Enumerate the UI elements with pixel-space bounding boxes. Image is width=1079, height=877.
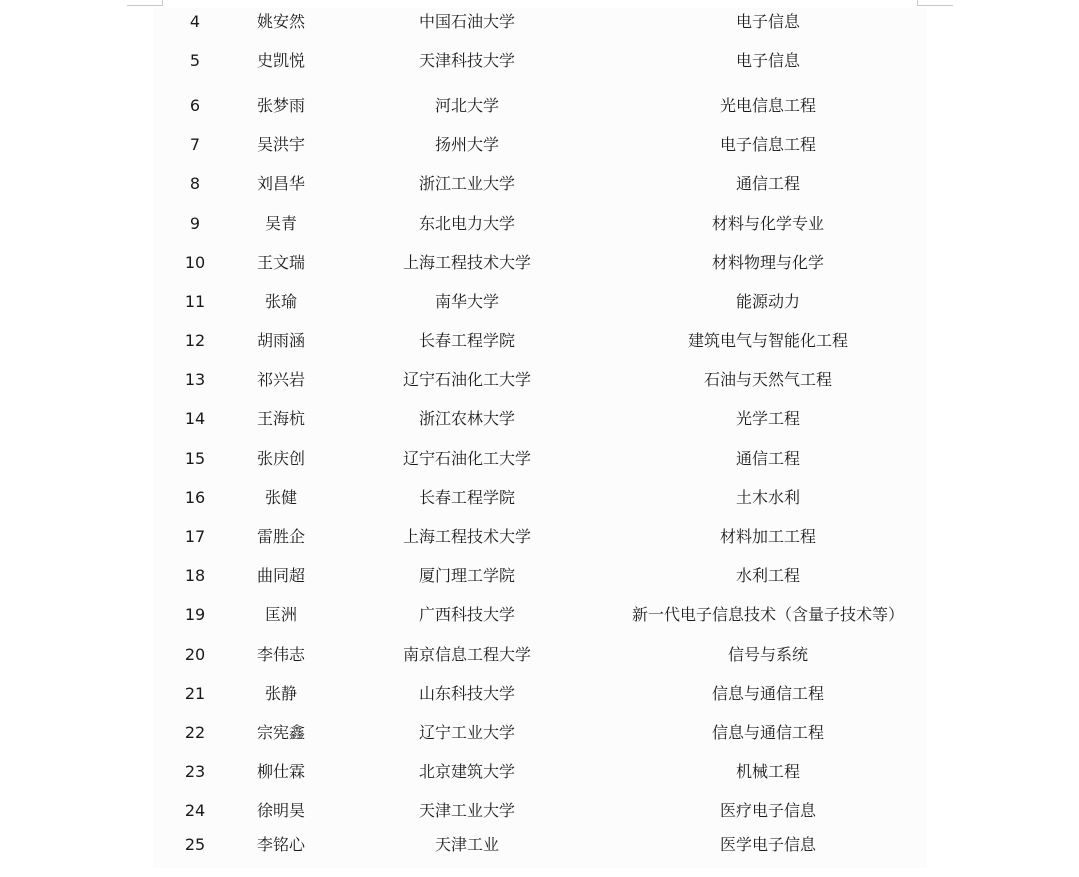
table-row: 9吴青东北电力大学材料与化学专业 <box>153 212 927 236</box>
row-number: 25 <box>165 833 225 857</box>
major-name: 医学电子信息 <box>593 833 943 857</box>
university-name: 山东科技大学 <box>367 682 567 706</box>
row-number: 20 <box>165 643 225 667</box>
major-name: 电子信息 <box>593 10 943 34</box>
university-name: 浙江农林大学 <box>367 407 567 431</box>
university-name: 北京建筑大学 <box>367 760 567 784</box>
row-number: 22 <box>165 721 225 745</box>
table-row: 16张健长春工程学院土木水利 <box>153 486 927 510</box>
table-row: 6张梦雨河北大学光电信息工程 <box>153 94 927 118</box>
university-name: 东北电力大学 <box>367 212 567 236</box>
major-name: 通信工程 <box>593 447 943 471</box>
table-row: 22宗宪鑫辽宁工业大学信息与通信工程 <box>153 721 927 745</box>
student-name: 李铭心 <box>241 833 321 857</box>
university-name: 河北大学 <box>367 94 567 118</box>
student-name: 雷胜企 <box>241 525 321 549</box>
student-name: 王海杭 <box>241 407 321 431</box>
university-name: 辽宁石油化工大学 <box>367 447 567 471</box>
student-name: 徐明昊 <box>241 799 321 823</box>
major-name: 信号与系统 <box>593 643 943 667</box>
row-number: 15 <box>165 447 225 471</box>
document-page: 4姚安然中国石油大学电子信息5史凯悦天津科技大学电子信息6张梦雨河北大学光电信息… <box>153 8 927 868</box>
table-row: 24徐明昊天津工业大学医疗电子信息 <box>153 799 927 823</box>
major-name: 电子信息 <box>593 49 943 73</box>
university-name: 浙江工业大学 <box>367 172 567 196</box>
university-name: 中国石油大学 <box>367 10 567 34</box>
table-row: 20李伟志南京信息工程大学信号与系统 <box>153 643 927 667</box>
university-name: 广西科技大学 <box>367 603 567 627</box>
student-name: 张静 <box>241 682 321 706</box>
row-number: 12 <box>165 329 225 353</box>
university-name: 上海工程技术大学 <box>367 525 567 549</box>
row-number: 13 <box>165 368 225 392</box>
row-number: 11 <box>165 290 225 314</box>
table-row: 5史凯悦天津科技大学电子信息 <box>153 49 927 73</box>
row-number: 7 <box>165 133 225 157</box>
major-name: 材料与化学专业 <box>593 212 943 236</box>
row-number: 6 <box>165 94 225 118</box>
university-name: 扬州大学 <box>367 133 567 157</box>
university-name: 南华大学 <box>367 290 567 314</box>
table-row: 4姚安然中国石油大学电子信息 <box>153 10 927 34</box>
major-name: 新一代电子信息技术（含量子技术等） <box>593 603 943 627</box>
row-number: 5 <box>165 49 225 73</box>
page-crop-mark-left <box>127 0 163 6</box>
row-number: 8 <box>165 172 225 196</box>
major-name: 光电信息工程 <box>593 94 943 118</box>
student-name: 吴青 <box>241 212 321 236</box>
student-name: 匡洲 <box>241 603 321 627</box>
student-name: 曲同超 <box>241 564 321 588</box>
table-row: 25李铭心天津工业医学电子信息 <box>153 833 927 857</box>
student-name: 柳仕霖 <box>241 760 321 784</box>
table-row: 18曲同超厦门理工学院水利工程 <box>153 564 927 588</box>
table-row: 19匡洲广西科技大学新一代电子信息技术（含量子技术等） <box>153 603 927 627</box>
row-number: 14 <box>165 407 225 431</box>
table-row: 8刘昌华浙江工业大学通信工程 <box>153 172 927 196</box>
student-name: 姚安然 <box>241 10 321 34</box>
row-number: 10 <box>165 251 225 275</box>
row-number: 9 <box>165 212 225 236</box>
row-number: 16 <box>165 486 225 510</box>
major-name: 材料加工工程 <box>593 525 943 549</box>
student-name: 胡雨涵 <box>241 329 321 353</box>
row-number: 23 <box>165 760 225 784</box>
major-name: 电子信息工程 <box>593 133 943 157</box>
table-row: 17雷胜企上海工程技术大学材料加工工程 <box>153 525 927 549</box>
table-row: 12胡雨涵长春工程学院建筑电气与智能化工程 <box>153 329 927 353</box>
student-name: 刘昌华 <box>241 172 321 196</box>
table-row: 21张静山东科技大学信息与通信工程 <box>153 682 927 706</box>
student-name: 张庆创 <box>241 447 321 471</box>
row-number: 21 <box>165 682 225 706</box>
major-name: 机械工程 <box>593 760 943 784</box>
major-name: 光学工程 <box>593 407 943 431</box>
university-name: 天津科技大学 <box>367 49 567 73</box>
table-row: 13祁兴岩辽宁石油化工大学石油与天然气工程 <box>153 368 927 392</box>
university-name: 上海工程技术大学 <box>367 251 567 275</box>
student-name: 宗宪鑫 <box>241 721 321 745</box>
table-row: 7吴洪宇扬州大学电子信息工程 <box>153 133 927 157</box>
row-number: 4 <box>165 10 225 34</box>
student-name: 王文瑞 <box>241 251 321 275</box>
university-name: 南京信息工程大学 <box>367 643 567 667</box>
table-row: 23柳仕霖北京建筑大学机械工程 <box>153 760 927 784</box>
table-row: 10王文瑞上海工程技术大学材料物理与化学 <box>153 251 927 275</box>
university-name: 厦门理工学院 <box>367 564 567 588</box>
student-name: 吴洪宇 <box>241 133 321 157</box>
major-name: 石油与天然气工程 <box>593 368 943 392</box>
page-crop-mark-right <box>917 0 953 6</box>
row-number: 24 <box>165 799 225 823</box>
university-name: 长春工程学院 <box>367 329 567 353</box>
university-name: 天津工业 <box>367 833 567 857</box>
student-name: 张瑜 <box>241 290 321 314</box>
major-name: 建筑电气与智能化工程 <box>593 329 943 353</box>
table-row: 14王海杭浙江农林大学光学工程 <box>153 407 927 431</box>
major-name: 医疗电子信息 <box>593 799 943 823</box>
major-name: 能源动力 <box>593 290 943 314</box>
university-name: 辽宁石油化工大学 <box>367 368 567 392</box>
row-number: 19 <box>165 603 225 627</box>
row-number: 17 <box>165 525 225 549</box>
major-name: 水利工程 <box>593 564 943 588</box>
table-row: 15张庆创辽宁石油化工大学通信工程 <box>153 447 927 471</box>
university-name: 辽宁工业大学 <box>367 721 567 745</box>
table-row: 11张瑜南华大学能源动力 <box>153 290 927 314</box>
major-name: 信息与通信工程 <box>593 721 943 745</box>
student-name: 张健 <box>241 486 321 510</box>
major-name: 土木水利 <box>593 486 943 510</box>
student-name: 李伟志 <box>241 643 321 667</box>
university-name: 天津工业大学 <box>367 799 567 823</box>
major-name: 通信工程 <box>593 172 943 196</box>
university-name: 长春工程学院 <box>367 486 567 510</box>
student-name: 史凯悦 <box>241 49 321 73</box>
major-name: 信息与通信工程 <box>593 682 943 706</box>
student-name: 张梦雨 <box>241 94 321 118</box>
student-name: 祁兴岩 <box>241 368 321 392</box>
row-number: 18 <box>165 564 225 588</box>
major-name: 材料物理与化学 <box>593 251 943 275</box>
